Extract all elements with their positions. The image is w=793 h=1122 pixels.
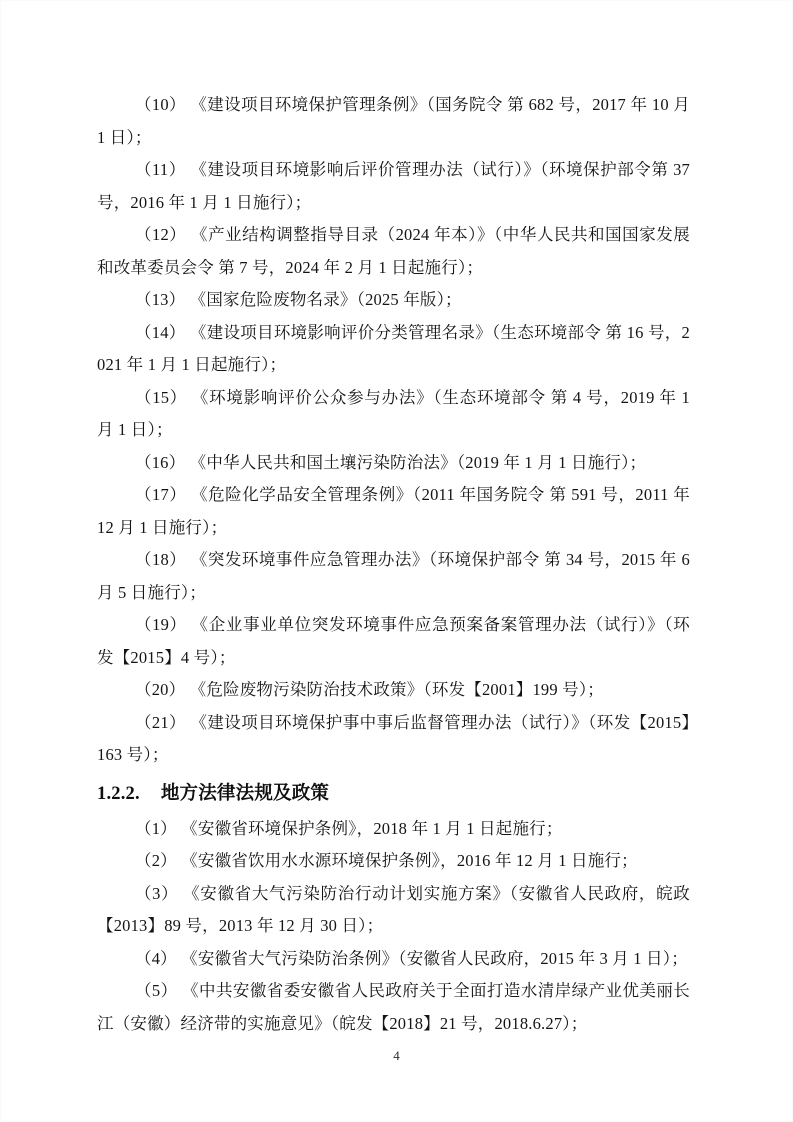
local-laws-list: （1） 《安徽省环境保护条例》，2018 年 1 月 1 日起施行；（2） 《安…	[97, 813, 690, 1041]
section-title: 地方法律法规及政策	[161, 784, 329, 804]
list-item: （1） 《安徽省环境保护条例》，2018 年 1 月 1 日起施行；	[97, 813, 690, 846]
page-number: 4	[0, 1048, 793, 1064]
list-item: （2） 《安徽省饮用水水源环境保护条例》，2016 年 12 月 1 日施行；	[97, 845, 690, 878]
list-item: （11） 《建设项目环境影响后评价管理办法（试行）》（环境保护部令第 37 号，…	[97, 154, 690, 219]
section-number: 1.2.2.	[97, 784, 140, 804]
list-item: （3） 《安徽省大气污染防治行动计划实施方案》（安徽省人民政府，皖政【2013】…	[97, 878, 690, 943]
section-heading: 1.2.2.地方法律法规及政策	[97, 777, 690, 811]
list-item: （18） 《突发环境事件应急管理办法》（环境保护部令 第 34 号，2015 年…	[97, 544, 690, 609]
list-item: （5） 《中共安徽省委安徽省人民政府关于全面打造水清岸绿产业优美丽长江（安徽）经…	[97, 975, 690, 1040]
list-item: （19） 《企业事业单位突发环境事件应急预案备案管理办法（试行）》（环发【201…	[97, 609, 690, 674]
list-item: （10） 《建设项目环境保护管理条例》（国务院令 第 682 号，2017 年 …	[97, 89, 690, 154]
list-item: （21） 《建设项目环境保护事中事后监督管理办法（试行）》（环发【2015】16…	[97, 707, 690, 772]
list-item: （12） 《产业结构调整指导目录（2024 年本）》（中华人民共和国国家发展和改…	[97, 219, 690, 284]
list-item: （14） 《建设项目环境影响评价分类管理名录》（生态环境部令 第 16 号，20…	[97, 317, 690, 382]
list-item: （4） 《安徽省大气污染防治条例》（安徽省人民政府，2015 年 3 月 1 日…	[97, 943, 690, 976]
list-item: （15） 《环境影响评价公众参与办法》（生态环境部令 第 4 号，2019 年 …	[97, 382, 690, 447]
list-item: （13） 《国家危险废物名录》（2025 年版）；	[97, 284, 690, 317]
national-laws-list: （10） 《建设项目环境保护管理条例》（国务院令 第 682 号，2017 年 …	[97, 89, 690, 772]
list-item: （16） 《中华人民共和国土壤污染防治法》（2019 年 1 月 1 日施行）；	[97, 447, 690, 480]
list-item: （20） 《危险废物污染防治技术政策》（环发【2001】199 号）；	[97, 674, 690, 707]
document-page: （10） 《建设项目环境保护管理条例》（国务院令 第 682 号，2017 年 …	[0, 0, 793, 1122]
list-item: （17） 《危险化学品安全管理条例》（2011 年国务院令 第 591 号，20…	[97, 479, 690, 544]
